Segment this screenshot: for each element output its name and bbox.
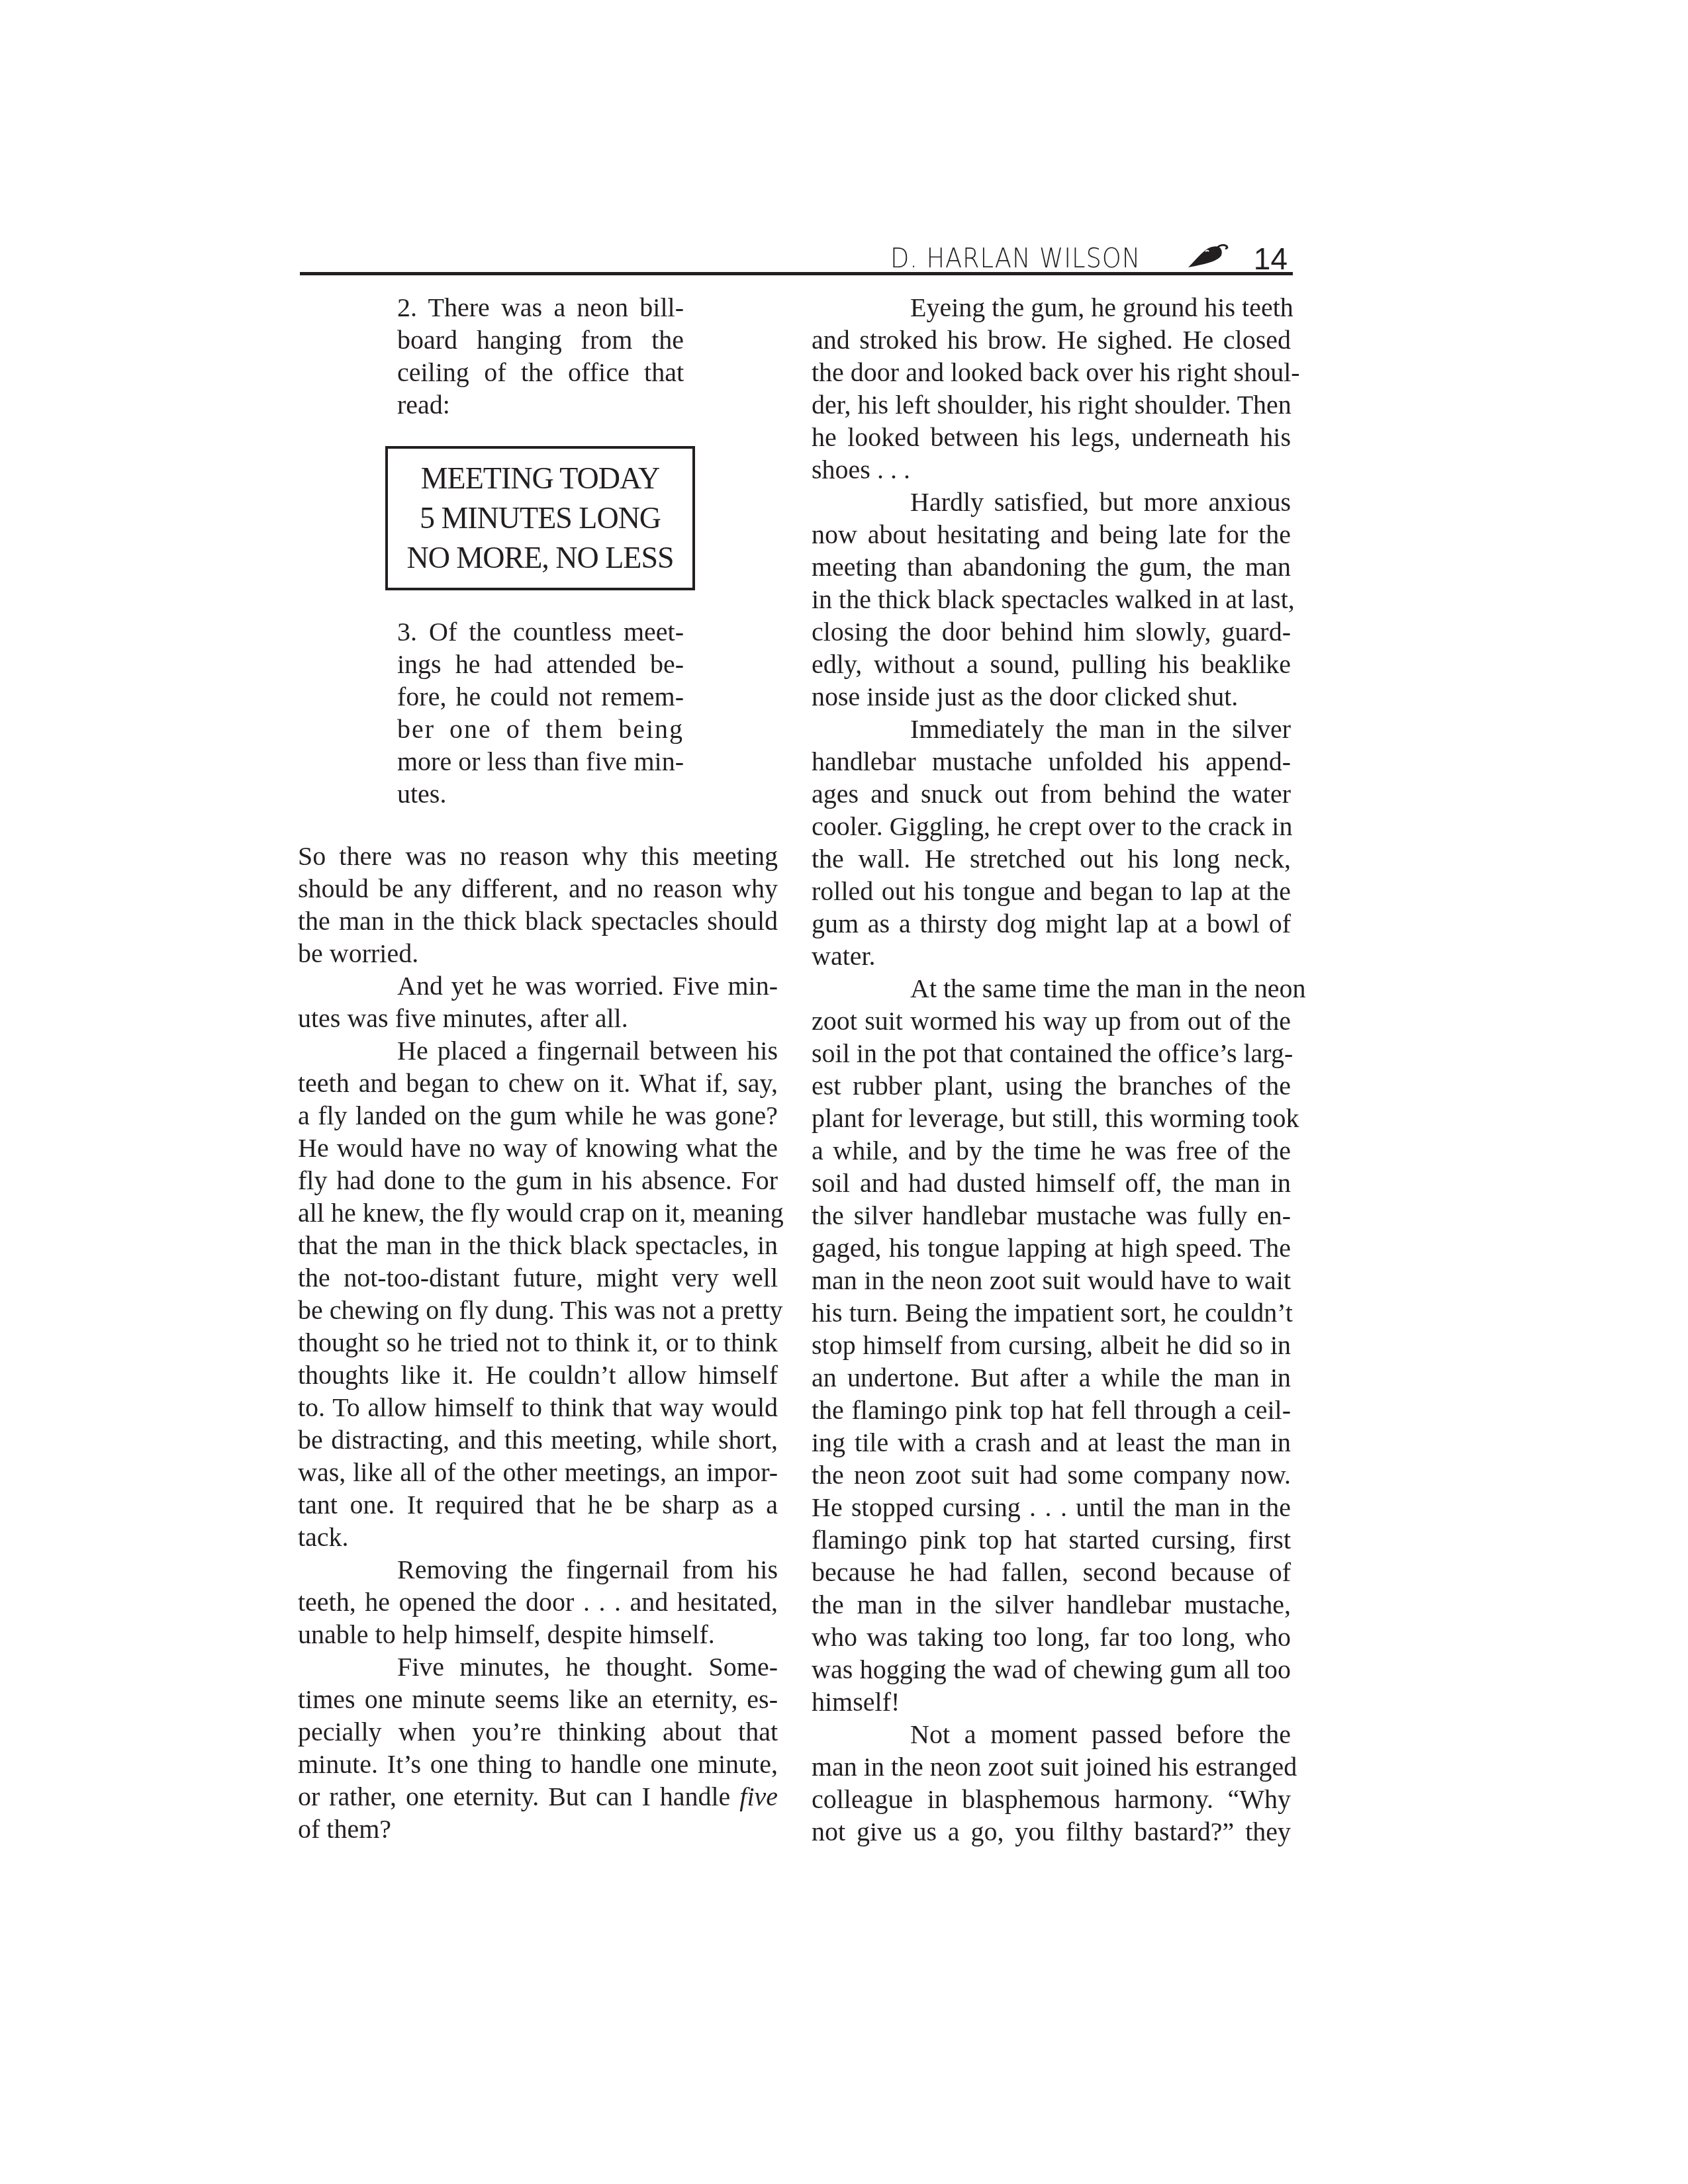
text-line: flamingo pink top hat started cursing, f… [812,1524,1291,1557]
pepper-icon [1187,242,1231,269]
text-line: So there was no reason why this meeting [298,840,778,873]
text-line: ceiling of the office that [397,356,684,389]
text-line: himself! [812,1686,1291,1719]
text-line: the not-too-distant future, might very w… [298,1261,778,1295]
text-line: unable to help himself, despite himself. [298,1618,778,1651]
text-line: to. To allow himself to think that way w… [298,1391,778,1424]
running-head: D. HARLAN WILSON 14 [300,236,1293,273]
text-line: should be any different, and no reason w… [298,872,778,905]
text-line: 2. There was a neon bill- [397,291,684,324]
text-line: pecially when you’re thinking about that [298,1715,778,1749]
text-line: Hardly satisfied, but more anxious [910,486,1291,519]
text-line: be worried. [298,937,778,970]
text-line: est rubber plant, using the branches of … [812,1069,1291,1103]
text-line: and stroked his brow. He sighed. He clos… [812,324,1291,357]
text-line: tack. [298,1521,778,1554]
text-line: Five minutes, he thought. Some- [397,1651,778,1684]
text-line: At the same time the man in the neon [910,972,1291,1005]
text-line: Eyeing the gum, he ground his teeth [910,291,1291,324]
text-line: He would have no way of knowing what the [298,1132,778,1165]
text-line: a fly landed on the gum while he was gon… [298,1099,778,1132]
text-line: be distracting, and this meeting, while … [298,1424,778,1457]
text-line: He placed a fingernail between his [397,1034,778,1068]
text-line: gaged, his tongue lapping at high speed.… [812,1232,1291,1265]
text-line: of them? [298,1813,778,1846]
text-line: all he knew, the fly would crap on it, m… [298,1197,778,1230]
text-line: And yet he was worried. Five min- [397,970,778,1003]
running-head-author: D. HARLAN WILSON [890,244,1141,274]
billboard-sign: MEETING TODAY 5 MINUTES LONG NO MORE, NO… [385,446,695,590]
text-line: a while, and by the time he was free of … [812,1134,1291,1167]
text-line: colleague in blasphemous harmony. “Why [812,1783,1291,1816]
sign-line: 5 MINUTES LONG [388,499,692,537]
text-line: the silver handlebar mustache was fully … [812,1199,1291,1232]
page-number: 14 [1254,241,1288,277]
text-line: shoes . . . [812,453,1291,486]
text-line: was, like all of the other meetings, an … [298,1456,778,1489]
header-rule [300,272,1293,275]
text-line: the man in the silver handlebar mustache… [812,1588,1291,1621]
text-line: 3. Of the countless meet- [397,615,684,649]
text-line: ings he had attended be- [397,648,684,681]
text-line: because he had fallen, second because of [812,1556,1291,1589]
text-line: was hogging the wad of chewing gum all t… [812,1653,1291,1686]
text-line: handlebar mustache unfolded his append- [812,745,1291,778]
sign-line: MEETING TODAY [388,459,692,498]
text-line: minute. It’s one thing to handle one min… [298,1748,778,1781]
text-line: rolled out his tongue and began to lap a… [812,875,1291,908]
text-line: tant one. It required that he be sharp a… [298,1488,778,1522]
text-line: thought so he tried not to think it, or … [298,1326,778,1359]
text-fragment: or rather, one eternity. But can I handl… [298,1782,730,1811]
text-line: Removing the fingernail from his [397,1553,778,1586]
text-line: man in the neon zoot suit joined his est… [812,1751,1291,1784]
text-line: water. [812,940,1291,973]
text-line: an undertone. But after a while the man … [812,1361,1291,1394]
text-line: ber one of them being [397,713,684,746]
text-line: be chewing on fly dung. This was not a p… [298,1294,778,1327]
text-line: utes was five minutes, after all. [298,1002,778,1035]
text-line: more or less than five min- [397,745,684,778]
text-line: times one minute seems like an eternity,… [298,1683,778,1716]
text-line: read: [397,388,684,422]
text-line: soil and had dusted himself off, the man… [812,1167,1291,1200]
text-line: thoughts like it. He couldn’t allow hims… [298,1359,778,1392]
text-line: who was taking too long, far too long, w… [812,1621,1291,1654]
text-line: zoot suit wormed his way up from out of … [812,1005,1291,1038]
text-line: meeting than abandoning the gum, the man [812,551,1291,584]
text-line: he looked between his legs, underneath h… [812,421,1291,454]
text-line: stop himself from cursing, albeit he did… [812,1329,1291,1362]
text-line: not give us a go, you filthy bastard?” t… [812,1815,1291,1848]
italic-emphasis: five [739,1782,778,1811]
text-line: the wall. He stretched out his long neck… [812,842,1291,876]
text-line: now about hesitating and being late for … [812,518,1291,551]
text-line: man in the neon zoot suit would have to … [812,1264,1291,1297]
text-line: that the man in the thick black spectacl… [298,1229,778,1262]
text-line: or rather, one eternity. But can I handl… [298,1780,778,1813]
text-line: the flamingo pink top hat fell through a… [812,1394,1291,1427]
text-line: in the thick black spectacles walked in … [812,583,1291,616]
text-line: soil in the pot that contained the offic… [812,1037,1291,1070]
text-line: fly had done to the gum in his absence. … [298,1164,778,1197]
text-line: der, his left shoulder, his right should… [812,388,1291,422]
text-line: board hanging from the [397,324,684,357]
text-line: plant for leverage, but still, this worm… [812,1102,1291,1135]
text-line: his turn. Being the impatient sort, he c… [812,1297,1291,1330]
text-line: gum as a thirsty dog might lap at a bowl… [812,907,1291,940]
text-line: teeth, he opened the door . . . and hesi… [298,1586,778,1619]
book-page: D. HARLAN WILSON 14 2. There was a neon … [0,0,1688,2184]
text-line: He stopped cursing . . . until the man i… [812,1491,1291,1524]
text-line: teeth and began to chew on it. What if, … [298,1067,778,1100]
text-line: ages and snuck out from behind the water [812,778,1291,811]
text-line: fore, he could not remem- [397,680,684,713]
sign-line: NO MORE, NO LESS [388,539,692,577]
text-line: closing the door behind him slowly, guar… [812,615,1291,649]
text-line: the man in the thick black spectacles sh… [298,905,778,938]
text-line: the neon zoot suit had some company now. [812,1459,1291,1492]
text-line: Immediately the man in the silver [910,713,1291,746]
text-line: ing tile with a crash and at least the m… [812,1426,1291,1459]
text-line: cooler. Giggling, he crept over to the c… [812,810,1291,843]
text-line: edly, without a sound, pulling his beakl… [812,648,1291,681]
text-line: nose inside just as the door clicked shu… [812,680,1291,713]
text-line: the door and looked back over his right … [812,356,1291,389]
text-line: Not a moment passed before the [910,1718,1291,1751]
text-line: utes. [397,778,684,811]
